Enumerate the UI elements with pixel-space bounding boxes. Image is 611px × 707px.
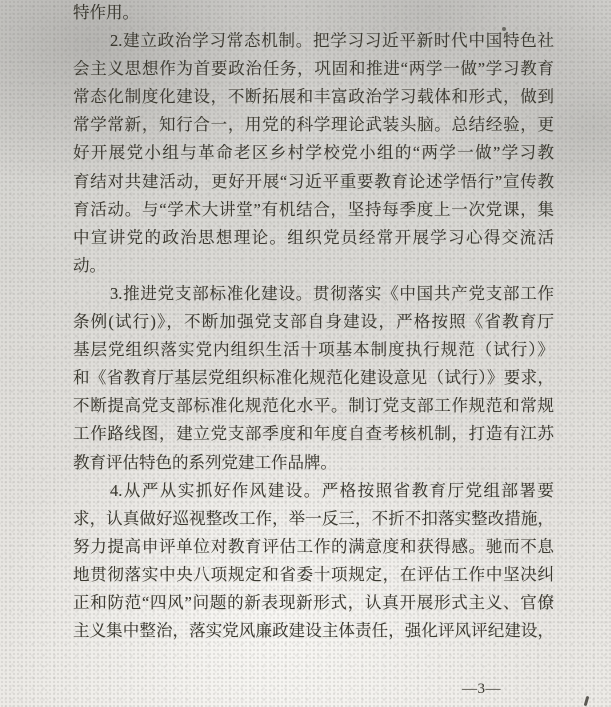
text-line: 和《省教育厅基层党组织标准化规范化建设意见（试行）》要求， [73,364,554,392]
text-line: 工作路线图，建立党支部季度和年度自查考核机制，打造有江苏 [73,420,554,448]
text-line: 常态化制度化建设，不断拓展和丰富政治学习载体和形式，做到 [73,83,554,111]
text-line: 4.从严从实抓好作风建设。严格按照省教育厅党组部署要 [73,477,554,505]
text-line: 求，认真做好巡视整改工作，举一反三，不折不扣落实整改措施， [73,505,554,533]
text-line: 中宣讲党的政治思想理论。组织党员经常开展学习心得交流活 [73,224,554,252]
text-line: 动。 [73,252,554,280]
page-number: —3— [462,681,501,697]
text-line: 努力提高申评单位对教育评估工作的满意度和获得感。驰而不息 [73,533,554,561]
scan-speck-artifact [502,27,506,31]
text-line: 特作用。 [73,0,554,27]
text-line: 地贯彻落实中央八项规定和省委十项规定，在评估工作中坚决纠 [73,561,554,589]
scan-tick-artifact [584,696,590,706]
text-line: 会主义思想作为首要政治任务，巩固和推进“两学一做”学习教育 [73,55,554,83]
text-line: 正和防范“四风”问题的新表现新形式，认真开展形式主义、官僚 [73,589,554,617]
text-line: 育活动。与“学术大讲堂”有机结合，坚持每季度上一次党课，集 [73,196,554,224]
text-line: 不断提高党支部标准化规范化水平。制订党支部工作规范和常规 [73,392,554,420]
text-line: 基层党组织落实党内组织生活十项基本制度执行规范（试行）》 [73,336,554,364]
text-line: 常学常新，知行合一，用党的科学理论武装头脑。总结经验，更 [73,111,554,139]
scanned-document-page: 特作用。 2.建立政治学习常态机制。把学习习近平新时代中国特色社 会主义思想作为… [0,0,611,707]
text-line: 教育评估特色的系列党建工作品牌。 [73,449,554,477]
text-line: 育结对共建活动，更好开展“习近平重要教育论述学悟行”宣传教 [73,168,554,196]
document-body: 特作用。 2.建立政治学习常态机制。把学习习近平新时代中国特色社 会主义思想作为… [73,0,554,645]
text-line: 主义集中整治，落实党风廉政建设主体责任，强化评风评纪建设， [73,617,554,645]
text-line: 条例(试行)》，不断加强党支部自身建设，严格按照《省教育厅 [73,308,554,336]
text-line: 好开展党小组与革命老区乡村学校党小组的“两学一做”学习教 [73,139,554,167]
text-line: 2.建立政治学习常态机制。把学习习近平新时代中国特色社 [73,27,554,55]
text-line: 3.推进党支部标准化建设。贯彻落实《中国共产党支部工作 [73,280,554,308]
